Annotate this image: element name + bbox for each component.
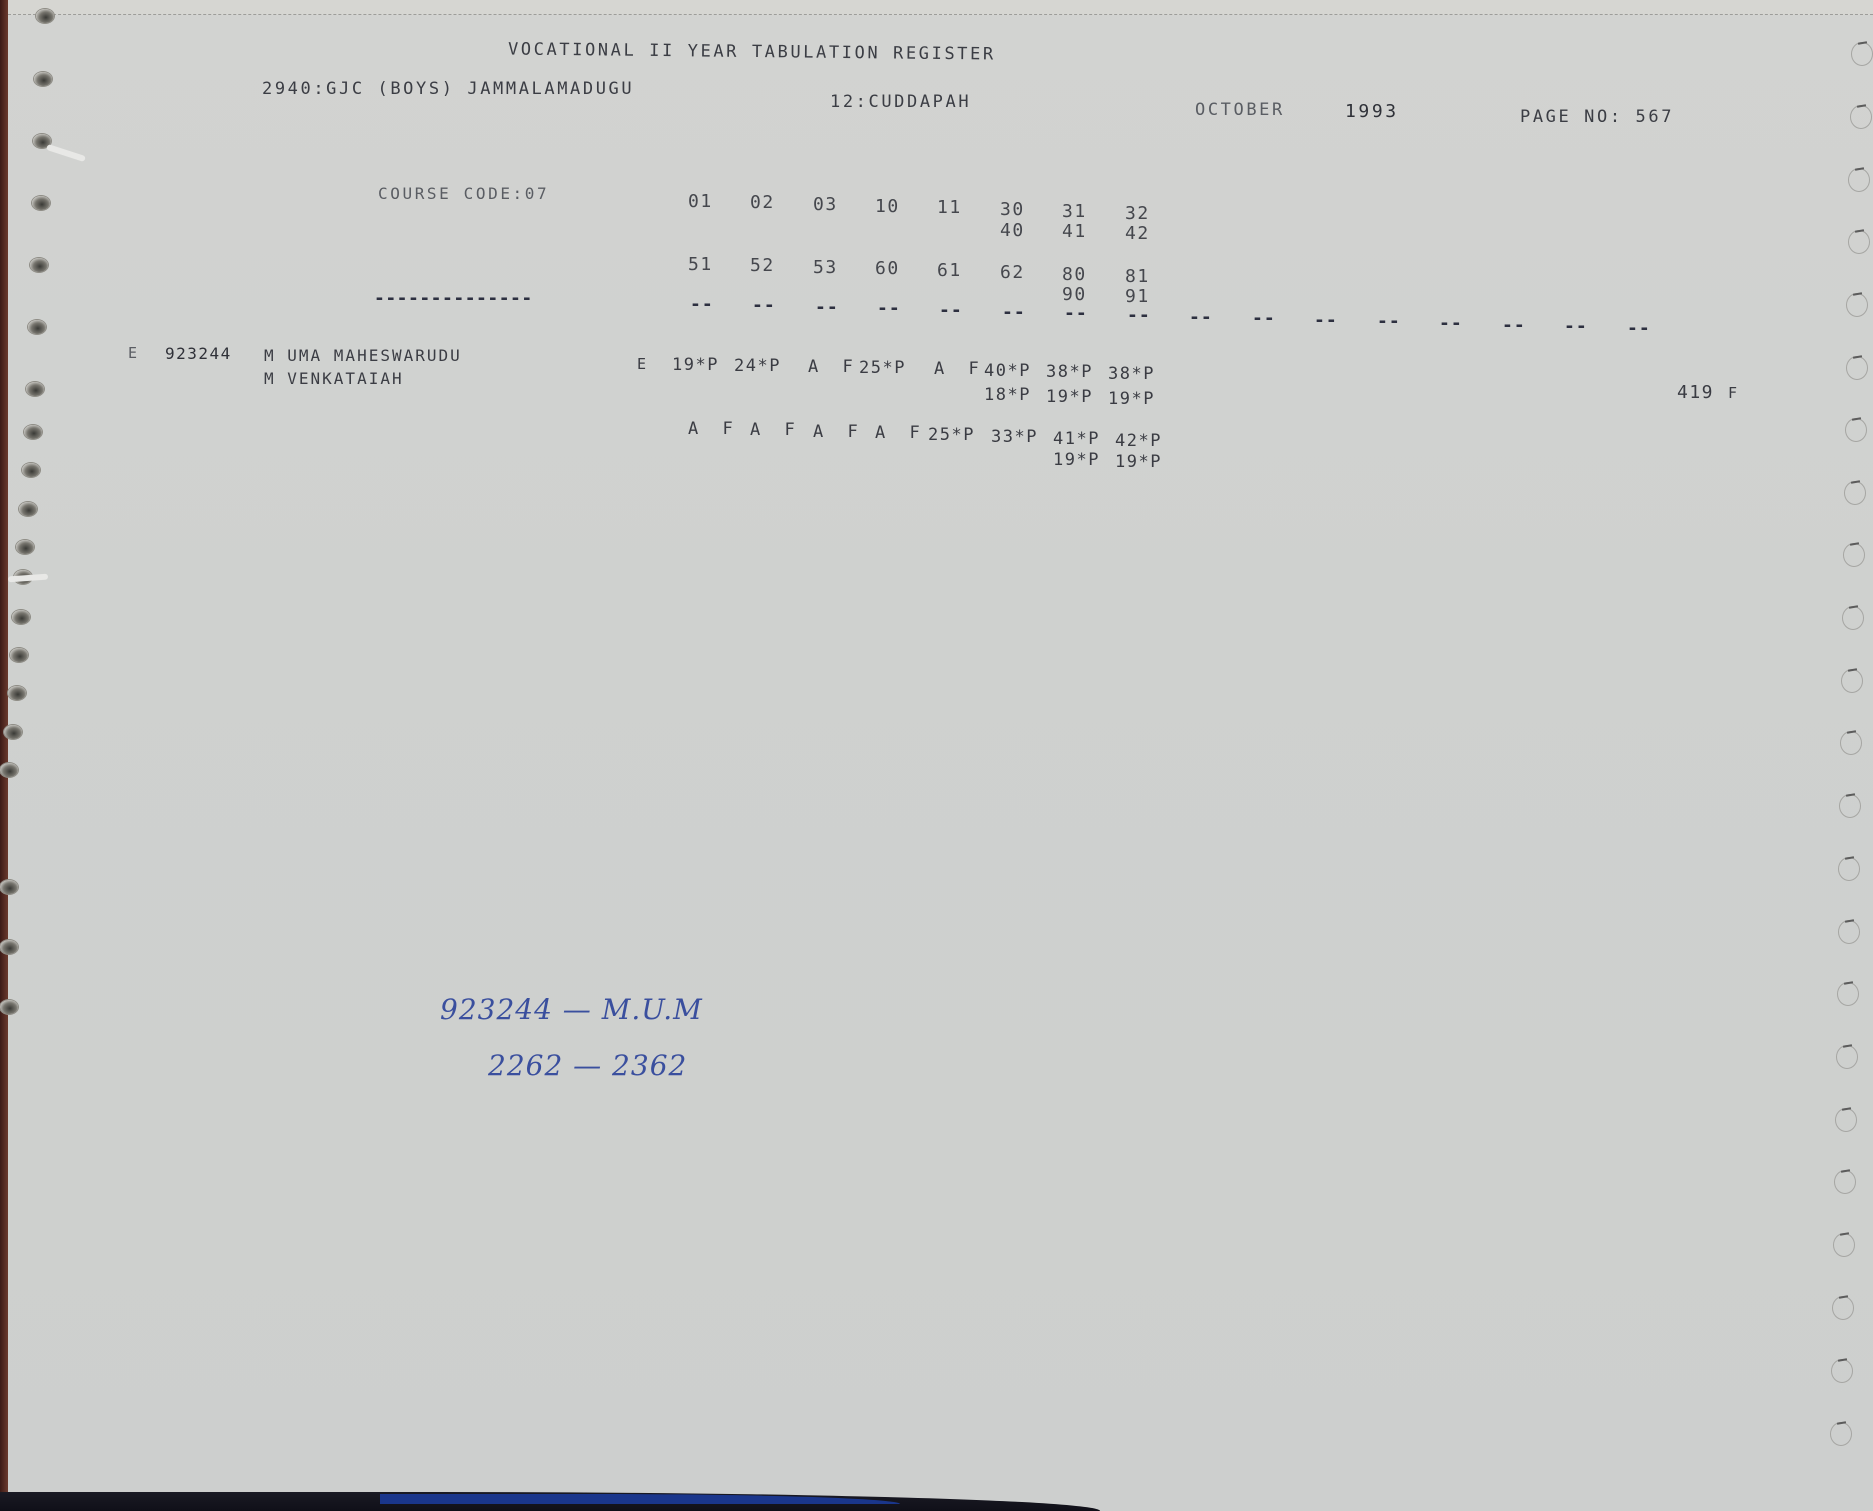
binder-hole [26,382,44,396]
subject-code: 52 [750,257,775,275]
tractor-hole [1848,230,1870,254]
tractor-hole [1833,1233,1855,1257]
mark-cell: 25*P [859,360,906,377]
father-name: M VENKATAIAH [264,371,404,387]
column-separator: -- [1314,312,1338,330]
mark-cell: 19*P [672,357,719,374]
subject-code: 32 [1125,205,1150,223]
tractor-hole [1836,1045,1858,1069]
result-status: F [1728,386,1739,401]
tractor-hole [1850,105,1872,129]
subject-code: 62 [1000,264,1025,282]
mark-cell: 25*P [928,427,975,444]
mark-cell: 38*P [1108,366,1155,383]
tractor-hole [1839,794,1861,818]
binder-hole [0,940,18,954]
binder-edge [0,0,8,1511]
subject-code: 60 [875,260,900,278]
subject-code: 51 [688,256,713,274]
tractor-hole [1841,669,1863,693]
tractor-hole [1846,356,1868,380]
district-name: 12:CUDDAPAH [830,94,971,111]
page-number-label: PAGE NO: 567 [1520,109,1674,126]
mark-cell: 40*P [984,363,1031,380]
total-marks: 419 [1677,384,1714,402]
exam-year: 1993 [1345,103,1399,121]
binder-hole [0,763,18,777]
tractor-hole [1843,543,1865,567]
medium-code: E [637,357,648,372]
column-separator: -- [1064,305,1088,323]
course-code: COURSE CODE:07 [378,186,549,202]
subject-code: 91 [1125,288,1150,306]
header-underline: -------------- [374,290,533,308]
tractor-hole [1846,293,1868,317]
column-separator: -- [1127,307,1151,325]
binder-hole [0,1000,18,1014]
column-separator: -- [877,300,901,318]
torn-paper [46,144,86,162]
register-title: VOCATIONAL II YEAR TABULATION REGISTER [508,41,996,63]
college-name: 2940:GJC (BOYS) JAMMALAMADUGU [262,81,634,98]
column-separator: -- [1189,309,1213,327]
binder-hole [32,196,50,210]
binder-hole [10,648,28,662]
tractor-hole [1844,481,1866,505]
binder-hole [22,463,40,477]
binder-hole [4,725,22,739]
student-name: M UMA MAHESWARUDU [264,348,462,364]
mark-cell: 19*P [1108,391,1155,408]
tractor-hole [1838,920,1860,944]
mark-cell: 18*P [984,387,1031,404]
tractor-hole [1838,857,1860,881]
binder-hole [8,686,26,700]
mark-cell: A F [750,422,802,439]
mark-cell: A F [813,424,865,441]
tractor-hole [1851,42,1873,66]
subject-code: 40 [1000,222,1025,240]
subject-code: 02 [750,194,775,212]
mark-cell: 33*P [991,429,1038,446]
mark-cell: 19*P [1053,452,1100,469]
subject-code: 42 [1125,225,1150,243]
subject-code: 81 [1125,268,1150,286]
column-separator: -- [939,302,963,320]
subject-code: 03 [813,196,838,214]
subject-code: 61 [937,262,962,280]
subject-code: 41 [1062,223,1087,241]
page-number: 567 [1636,107,1675,127]
column-separator: -- [690,296,714,314]
column-separator: -- [1627,320,1651,338]
mark-cell: A F [875,425,927,442]
binder-hole [16,540,34,554]
mark-cell: A F [934,361,986,378]
column-separator: -- [1502,317,1526,335]
tractor-hole [1842,606,1864,630]
printout-page: VOCATIONAL II YEAR TABULATION REGISTER 2… [8,0,1873,1511]
mark-cell: 19*P [1046,389,1093,406]
mark-cell: 42*P [1115,433,1162,450]
tractor-hole [1840,731,1862,755]
mark-cell: A F [808,359,860,376]
column-separator: -- [1564,318,1588,336]
tractor-hole [1835,1108,1857,1132]
subject-code: 90 [1062,286,1087,304]
tractor-hole [1831,1359,1853,1383]
hall-ticket-number: 923244 [165,346,232,362]
mark-cell: A F [688,421,740,438]
subject-code: 53 [813,259,838,277]
column-separator: -- [1439,315,1463,333]
subject-code: 80 [1062,266,1087,284]
binder-hole [0,880,18,894]
binder-hole [30,258,48,272]
subject-code: 30 [1000,201,1025,219]
tractor-hole [1848,168,1870,192]
mark-cell: 41*P [1053,431,1100,448]
subject-code: 01 [688,193,713,211]
column-separator: -- [1002,304,1026,322]
subject-code: 10 [875,198,900,216]
tractor-hole [1830,1422,1852,1446]
student-category: E [128,346,140,361]
handwritten-note: 923244 — M.U.M [440,996,703,1024]
binder-hole [12,610,30,624]
tractor-hole [1837,982,1859,1006]
exam-month: OCTOBER [1195,102,1285,119]
binder-hole [28,320,46,334]
tractor-hole [1832,1296,1854,1320]
column-separator: -- [815,299,839,317]
column-separator: -- [752,297,776,315]
column-separator: -- [1377,313,1401,331]
binder-hole [19,502,37,516]
subject-code: 31 [1062,203,1087,221]
binder-hole [34,72,52,86]
mark-cell: 38*P [1046,364,1093,381]
column-separator: -- [1252,310,1276,328]
perforation-line [8,0,1873,15]
subject-code: 11 [937,199,962,217]
binder-hole [24,425,42,439]
mark-cell: 19*P [1115,454,1162,471]
handwritten-note: 2262 — 2362 [488,1052,687,1080]
tractor-hole [1834,1170,1856,1194]
tractor-hole [1845,418,1867,442]
binder-hole [36,9,54,23]
mark-cell: 24*P [734,358,781,375]
